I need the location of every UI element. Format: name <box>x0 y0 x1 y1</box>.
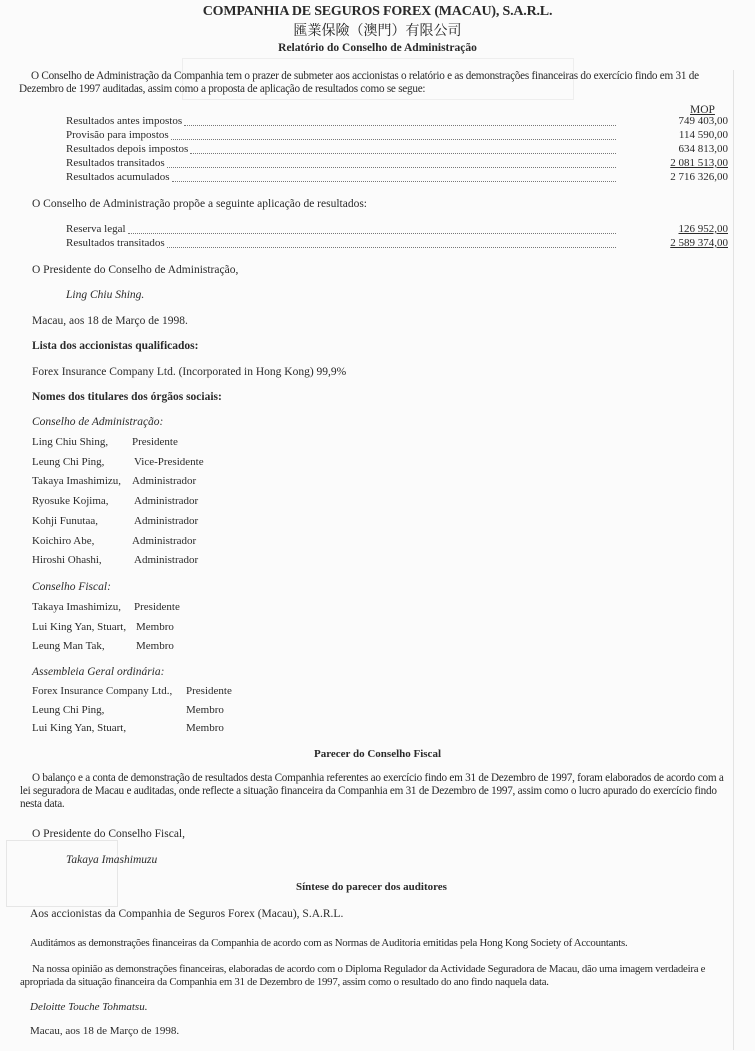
fiscal-signatory: Takaya Imashimuzu <box>66 854 157 866</box>
ledger-label: Resultados depois impostos <box>66 143 188 156</box>
member-role: Membro <box>136 621 174 633</box>
ledger-value: 114 590,00 <box>679 129 728 142</box>
member-role: Presidente <box>132 436 178 448</box>
auditors-paragraph-2: Na nossa opinião as demonstrações financ… <box>20 963 732 989</box>
company-name: COMPANHIA DE SEGUROS FOREX (MACAU), S.A.… <box>0 4 755 20</box>
dot-leader <box>184 124 616 126</box>
member-name: Lui King Yan, Stuart, <box>32 621 126 633</box>
dot-leader <box>128 232 616 234</box>
board-place-date: Macau, aos 18 de Março de 1998. <box>32 315 188 327</box>
ledger-value: 126 952,00 <box>679 223 729 236</box>
ledger-value: 634 813,00 <box>679 143 729 156</box>
ledger-label: Resultados acumulados <box>66 171 170 184</box>
member-name: Takaya Imashimizu, <box>32 475 121 487</box>
board-members-title: Conselho de Administração: <box>32 416 163 428</box>
member-role: Administrador <box>134 515 198 527</box>
member-role: Administrador <box>134 554 198 566</box>
ledger-value: 2 081 513,00 <box>670 157 728 170</box>
report-intro: O Conselho de Administração da Companhia… <box>19 70 731 96</box>
member-name: Kohji Funutaa, <box>32 515 98 527</box>
member-role: Membro <box>136 640 174 652</box>
document-page: COMPANHIA DE SEGUROS FOREX (MACAU), S.A.… <box>0 0 755 1051</box>
member-role: Administrador <box>132 475 196 487</box>
member-name: Ryosuke Kojima, <box>32 495 109 507</box>
ledger-value: 749 403,00 <box>679 115 729 128</box>
member-name: Hiroshi Ohashi, <box>32 554 102 566</box>
member-name: Forex Insurance Company Ltd., <box>32 685 172 697</box>
dot-leader <box>167 166 616 168</box>
member-role: Vice-Presidente <box>134 456 204 468</box>
member-name: Koichiro Abe, <box>32 535 94 547</box>
ledger-label: Reserva legal <box>66 223 126 236</box>
member-name: Leung Chi Ping, <box>32 704 104 716</box>
ledger-row: Resultados depois impostos634 813,00 <box>66 143 728 156</box>
member-role: Administrador <box>134 495 198 507</box>
section-title-board-report: Relatório do Conselho de Administração <box>0 42 755 54</box>
board-signatory: Ling Chiu Shing. <box>66 289 144 301</box>
dot-leader <box>172 180 616 182</box>
fiscal-signoff: O Presidente do Conselho Fiscal, <box>32 828 185 840</box>
ledger-row: Resultados antes impostos749 403,00 <box>66 115 728 128</box>
ledger-value: 2 716 326,00 <box>670 171 728 184</box>
scan-edge-line <box>733 70 734 1050</box>
member-name: Takaya Imashimizu, <box>32 601 121 613</box>
board-signoff: O Presidente do Conselho de Administraçã… <box>32 264 238 276</box>
auditors-salutation: Aos accionistas da Companhia de Seguros … <box>30 908 343 920</box>
auditors-paragraph-1: Auditámos as demonstrações financeiras d… <box>30 937 730 950</box>
scan-artifact-box <box>6 840 118 907</box>
ledger-label: Provisão para impostos <box>66 129 169 142</box>
ledger-row: Provisão para impostos114 590,00 <box>66 129 728 142</box>
shareholder-entry: Forex Insurance Company Ltd. (Incorporat… <box>32 366 346 378</box>
fiscal-opinion-body: O balanço e a conta de demonstração de r… <box>20 772 732 811</box>
fiscal-council-title: Conselho Fiscal: <box>32 581 111 593</box>
ledger-row: Reserva legal126 952,00 <box>66 223 728 236</box>
member-name: Leung Man Tak, <box>32 640 105 652</box>
proposal-intro: O Conselho de Administração propõe a seg… <box>32 198 367 210</box>
ledger-row: Resultados transitados2 081 513,00 <box>66 157 728 170</box>
ledger-label: Resultados antes impostos <box>66 115 182 128</box>
member-role: Presidente <box>186 685 232 697</box>
member-role: Membro <box>186 704 224 716</box>
member-name: Ling Chiu Shing, <box>32 436 108 448</box>
auditors-place-date: Macau, aos 18 de Março de 1998. <box>30 1025 179 1037</box>
ledger-row: Resultados transitados2 589 374,00 <box>66 237 728 250</box>
ledger-label: Resultados transitados <box>66 157 165 170</box>
ledger-row: Resultados acumulados2 716 326,00 <box>66 171 728 184</box>
company-name-chinese: 匯業保險（澳門）有限公司 <box>0 20 755 40</box>
shareholders-title: Lista dos accionistas qualificados: <box>32 340 198 352</box>
section-title-auditors: Síntese do parecer dos auditores <box>296 881 447 893</box>
assembly-title: Assembleia Geral ordinária: <box>32 666 164 678</box>
member-name: Leung Chi Ping, <box>32 456 104 468</box>
member-role: Presidente <box>134 601 180 613</box>
dot-leader <box>190 152 616 154</box>
member-role: Membro <box>186 722 224 734</box>
section-title-fiscal-opinion: Parecer do Conselho Fiscal <box>0 748 755 760</box>
officers-title: Nomes dos titulares dos órgãos sociais: <box>32 391 222 403</box>
ledger-label: Resultados transitados <box>66 237 165 250</box>
dot-leader <box>167 246 616 248</box>
dot-leader <box>171 138 616 140</box>
member-role: Administrador <box>132 535 196 547</box>
ledger-value: 2 589 374,00 <box>670 237 728 250</box>
member-name: Lui King Yan, Stuart, <box>32 722 126 734</box>
auditor-firm: Deloitte Touche Tohmatsu. <box>30 1001 147 1013</box>
